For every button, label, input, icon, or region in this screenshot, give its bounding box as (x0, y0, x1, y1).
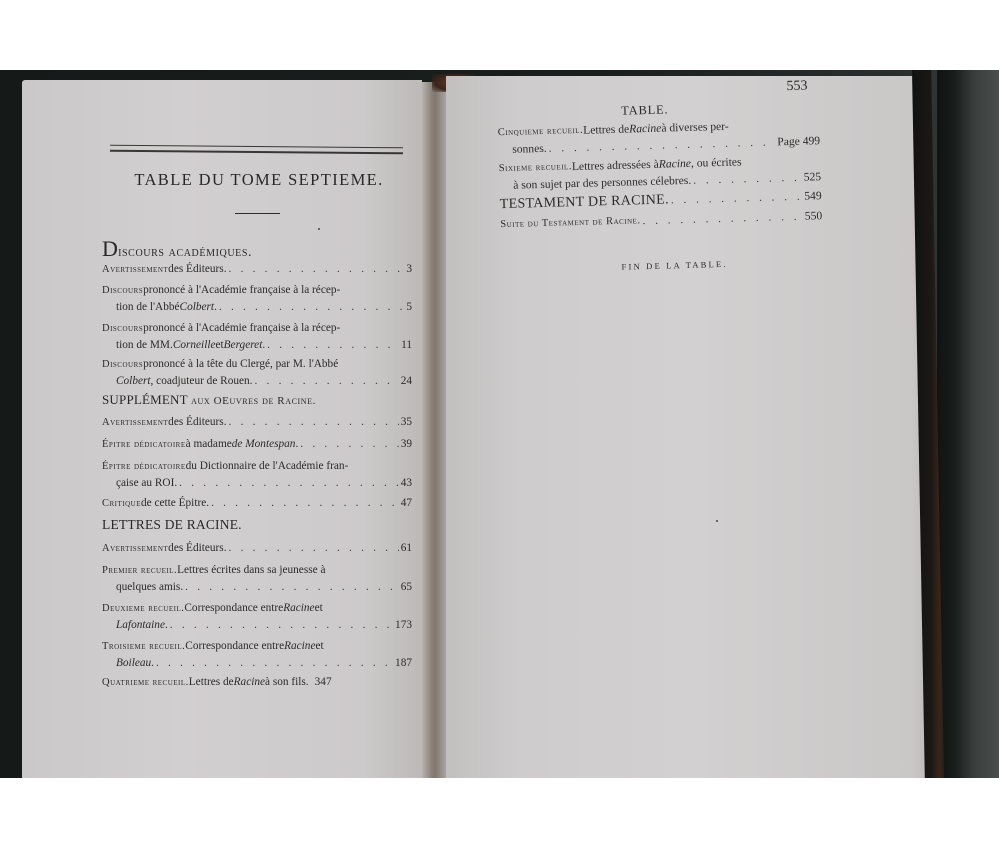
dot-leader (168, 617, 393, 634)
entry-lead: Épitre dédicatoire (102, 458, 186, 475)
dot-leader (227, 540, 399, 557)
dot-leader (177, 475, 399, 492)
dot-leader (183, 579, 399, 596)
entry-lead: Épitre dédicatoire (102, 436, 186, 453)
page-ref: 3 (404, 261, 412, 278)
dot-leader (640, 209, 803, 230)
dot-leader (217, 299, 404, 316)
entry-text: et (315, 638, 323, 655)
page-ref: 35 (399, 414, 412, 431)
dot-leader (691, 169, 802, 189)
entry-text: quelques amis. (116, 579, 183, 596)
entry-italic: Racine (283, 600, 314, 617)
dot-leader (209, 495, 399, 512)
page-title: TABLE DU TOME SEPTIEME. (104, 170, 414, 190)
page-ref: 347 (309, 674, 332, 691)
entry-text: çaise au ROI. (116, 475, 177, 492)
entry-italic: de Montespan (232, 436, 296, 453)
dot-leader (227, 414, 399, 431)
entry-text: , coadjuteur de Rouen. (151, 373, 253, 390)
page-ref: 43 (399, 475, 412, 492)
entry-text: et (315, 600, 323, 617)
heading-initial: D (102, 236, 118, 261)
toc-entry: Cinquieme recueil. Lettres de Racine à d… (498, 116, 821, 158)
heading-subtext: aux OEuvres de Racine. (188, 395, 316, 407)
heading-text: iscours académiques. (118, 245, 252, 260)
entry-text: à madame (186, 436, 232, 453)
entry-text: Correspondance entre (184, 600, 283, 617)
entry-italic: Racine (659, 156, 692, 173)
toc-entry: Avertissement des Éditeurs.35 (102, 414, 412, 431)
entry-text: prononcé à l'Académie française à la réc… (143, 282, 340, 299)
page-ref: Page 499 (775, 133, 820, 151)
entry-text: à diverses per- (661, 119, 729, 137)
page-ref: 65 (399, 579, 412, 596)
entry-text: Lettres de (583, 122, 629, 140)
book-photo: TABLE DU TOME SEPTIEME. Discours académi… (0, 70, 999, 778)
background-right (937, 70, 999, 778)
entry-text: tion de MM. (116, 337, 173, 354)
entry-text: et (216, 337, 224, 354)
heading-text: LETTRES DE RACINE. (102, 517, 242, 532)
toc-entry: Critique de cette Épitre.47 (102, 495, 412, 512)
section-heading-lettres: LETTRES DE RACINE. (102, 517, 242, 533)
entry-lead: Avertissement (102, 540, 168, 557)
entry-text: Correspondance entre (185, 638, 284, 655)
entry-italic: Racine (284, 638, 315, 655)
entry-text: , ou écrites (691, 154, 742, 172)
entry-italic: Racine (234, 674, 265, 691)
dot-leader (154, 655, 393, 672)
end-note: FIN DE LA TABLE. (621, 259, 727, 272)
toc-entry: Discours prononcé à l'Académie française… (102, 320, 412, 354)
entry-lead: Discours (102, 320, 143, 337)
entry-lead: Discours (102, 282, 143, 299)
page-ref: 24 (399, 373, 412, 390)
page-number: 553 (786, 79, 807, 96)
entry-heading: TESTAMENT DE RACINE. (500, 192, 670, 213)
title-separator (235, 213, 280, 214)
entry-lead: Discours (102, 356, 143, 373)
left-page-content: TABLE DU TOME SEPTIEME. Discours académi… (22, 70, 422, 768)
ink-speck (318, 228, 320, 230)
entry-text: à son fils. (265, 674, 309, 691)
entry-text: des Éditeurs. (168, 261, 226, 278)
entry-text: des Éditeurs. (168, 414, 226, 431)
entry-lead: Avertissement (102, 414, 168, 431)
section-heading-discours: Discours académiques. (102, 236, 252, 262)
running-title: TABLE. (621, 102, 669, 118)
page-ref: 11 (399, 337, 412, 354)
toc-entry: Deuxieme recueil. Correspondance entre R… (102, 600, 412, 634)
toc-entry: Avertissement des Éditeurs.3 (102, 261, 412, 278)
entry-italic: Bergeret (224, 337, 263, 354)
toc-entry: Quatrieme recueil. Lettres de Racine à s… (102, 674, 412, 691)
entry-text: tion de l'Abbé (116, 299, 180, 316)
entry-italic: Colbert (180, 299, 215, 316)
page-ref: 550 (803, 208, 823, 225)
entry-text: des Éditeurs. (168, 540, 226, 557)
entry-lead: Premier recueil. (102, 562, 177, 579)
entry-italic: Colbert (116, 373, 151, 390)
entry-italic: Lafontaine (116, 617, 165, 634)
entry-italic: Corneille (173, 337, 216, 354)
page-ref: 525 (802, 169, 822, 186)
entry-italic: Racine (629, 121, 662, 138)
toc-entry: Discours prononcé à la tête du Clergé, p… (102, 356, 412, 390)
page-ref: 187 (393, 655, 412, 672)
toc-entry: Premier recueil. Lettres écrites dans sa… (102, 562, 412, 596)
toc-entry: Sixieme recueil. Lettres adressées à Rac… (499, 152, 822, 194)
entry-lead: Quatrieme recueil. (102, 674, 189, 691)
section-heading-supplement: SUPPLÉMENT aux OEuvres de Racine. (102, 392, 316, 408)
entry-text: prononcé à l'Académie française à la réc… (143, 320, 340, 337)
toc-entry: Épitre dédicatoire à madame de Montespan… (102, 436, 412, 453)
page-ref: 39 (399, 436, 412, 453)
toc-entry: Troisieme recueil. Correspondance entre … (102, 638, 412, 672)
entry-italic: Boileau (116, 655, 151, 672)
entry-text: Lettres de (189, 674, 234, 691)
entry-text: sonnes. (512, 140, 547, 157)
page-ref: 5 (404, 299, 412, 316)
page-ref: 173 (393, 617, 412, 634)
page-ref: 549 (802, 188, 822, 205)
entry-lead: Avertissement (102, 261, 168, 278)
entry-text: prononcé à la tête du Clergé, par M. l'A… (143, 356, 338, 373)
dot-leader (298, 436, 398, 453)
toc-entry: Épitre dédicatoire du Dictionnaire de l'… (102, 458, 412, 492)
book-gutter (422, 82, 446, 778)
ink-speck (716, 520, 718, 522)
header-double-rule (110, 145, 403, 155)
entry-text: de cette Épitre. (141, 495, 209, 512)
dot-leader (265, 337, 399, 354)
entry-text: à son sujet par des personnes célebres. (513, 172, 691, 193)
dot-leader (253, 373, 399, 390)
right-page-content: 553 TABLE. Cinquieme recueil. Lettres de… (468, 70, 888, 778)
entry-lead: Deuxieme recueil. (102, 600, 184, 617)
page-ref: 47 (399, 495, 412, 512)
entry-lead: Suite du Testament de Racine. (500, 213, 641, 233)
entry-lead: Troisieme recueil. (102, 638, 185, 655)
entry-lead: Sixieme recueil. (499, 159, 573, 178)
page-ref: 61 (399, 540, 412, 557)
toc-entry: Avertissement des Éditeurs.61 (102, 540, 412, 557)
dot-leader (227, 261, 405, 278)
heading-text: SUPPLÉMENT (102, 392, 188, 407)
toc-entry: Discours prononcé à l'Académie française… (102, 282, 412, 316)
entry-lead: Critique (102, 495, 141, 512)
dot-leader (669, 189, 803, 209)
entry-text: Lettres écrites dans sa jeunesse à (177, 562, 325, 579)
entry-text: du Dictionnaire de l'Académie fran- (186, 458, 349, 475)
bottom-margin (0, 778, 999, 849)
